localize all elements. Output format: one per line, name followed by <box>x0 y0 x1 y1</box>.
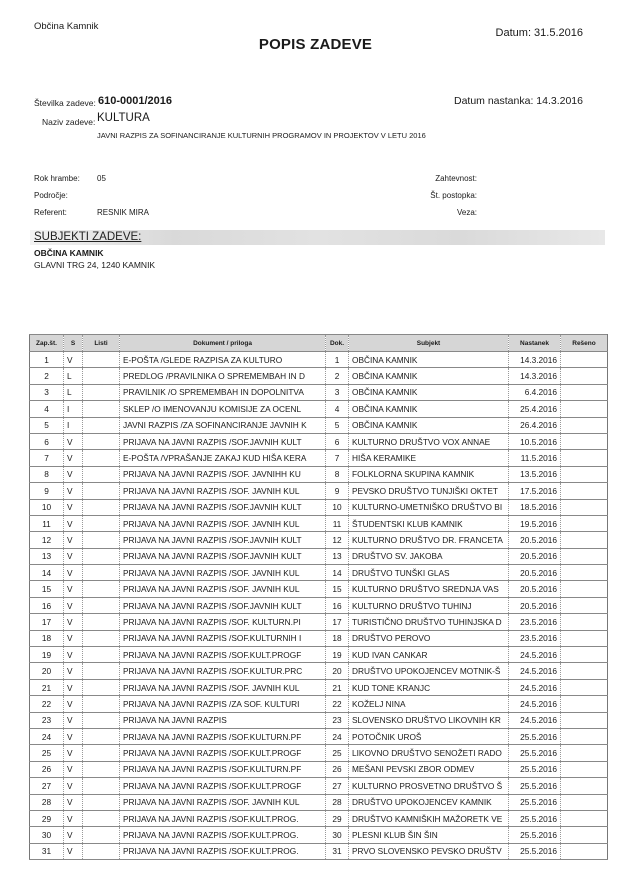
subject-address: GLAVNI TRG 24, 1240 KAMNIK <box>34 260 155 270</box>
row-resolved <box>561 515 608 531</box>
row-sheets <box>83 794 120 810</box>
row-subject: KULTURNO DRUŠTVO DR. FRANCETA <box>349 532 509 548</box>
row-status: V <box>64 565 83 581</box>
row-resolved <box>561 565 608 581</box>
row-subject: FOLKLORNA SKUPINA KAMNIK <box>349 466 509 482</box>
row-status: V <box>64 647 83 663</box>
row-created: 25.5.2016 <box>509 778 561 794</box>
row-document: PRIJAVA NA JAVNI RAZPIS /SOF.KULT.PROG. <box>120 827 326 843</box>
row-created: 18.5.2016 <box>509 499 561 515</box>
case-name: KULTURA <box>97 112 150 124</box>
row-status: V <box>64 696 83 712</box>
row-document: PRIJAVA NA JAVNI RAZPIS /SOF.KULTURNIH I <box>120 630 326 646</box>
row-created: 6.4.2016 <box>509 384 561 400</box>
table-row[interactable]: 26VPRIJAVA NA JAVNI RAZPIS /SOF.KULTURN.… <box>30 761 608 777</box>
row-document: PRIJAVA NA JAVNI RAZPIS /SOF. JAVNIH KUL <box>120 581 326 597</box>
row-status: V <box>64 466 83 482</box>
row-number: 28 <box>30 794 64 810</box>
row-number: 10 <box>30 499 64 515</box>
row-subject: LIKOVNO DRUŠTVO SENOŽETI RADO <box>349 745 509 761</box>
subjects-heading: SUBJEKTI ZADEVE: <box>34 231 141 243</box>
row-subject: PEVSKO DRUŠTVO TUNJIŠKI OKTET <box>349 483 509 499</box>
row-resolved <box>561 827 608 843</box>
table-row[interactable]: 13VPRIJAVA NA JAVNI RAZPIS /SOF.JAVNIH K… <box>30 548 608 564</box>
row-document: PRIJAVA NA JAVNI RAZPIS /SOF.JAVNIH KULT <box>120 548 326 564</box>
row-sheets <box>83 368 120 384</box>
row-status: V <box>64 810 83 826</box>
table-row[interactable]: 7VE-POŠTA /VPRAŠANJE ZAKAJ KUD HIŠA KERA… <box>30 450 608 466</box>
row-created: 20.5.2016 <box>509 565 561 581</box>
row-doc-number: 24 <box>326 728 349 744</box>
table-header-row: Zap.št.SListiDokument / prilogaDok.Subje… <box>30 335 608 352</box>
row-document: PRIJAVA NA JAVNI RAZPIS /SOF.JAVNIH KULT <box>120 597 326 613</box>
row-document: PRIJAVA NA JAVNI RAZPIS /SOF. JAVNIH KUL <box>120 483 326 499</box>
retention-value: 05 <box>97 174 106 183</box>
row-resolved <box>561 368 608 384</box>
row-created: 17.5.2016 <box>509 483 561 499</box>
row-number: 13 <box>30 548 64 564</box>
row-number: 24 <box>30 728 64 744</box>
row-document: PRAVILNIK /O SPREMEMBAH IN DOPOLNITVA <box>120 384 326 400</box>
row-subject: OBČINA KAMNIK <box>349 401 509 417</box>
row-document: PRIJAVA NA JAVNI RAZPIS /SOF. JAVNIH KUL <box>120 794 326 810</box>
row-subject: DRUŠTVO UPOKOJENCEV MOTNIK-Š <box>349 663 509 679</box>
row-document: E-POŠTA /VPRAŠANJE ZAKAJ KUD HIŠA KERA <box>120 450 326 466</box>
row-doc-number: 26 <box>326 761 349 777</box>
row-created: 24.5.2016 <box>509 663 561 679</box>
row-number: 8 <box>30 466 64 482</box>
row-subject: SLOVENSKO DRUŠTVO LIKOVNIH KR <box>349 712 509 728</box>
row-subject: KUD TONE KRANJC <box>349 679 509 695</box>
row-subject: OBČINA KAMNIK <box>349 352 509 368</box>
col-subject-header: Subjekt <box>349 335 509 352</box>
row-subject: DRUŠTVO PEROVO <box>349 630 509 646</box>
table-row[interactable]: 21VPRIJAVA NA JAVNI RAZPIS /SOF. JAVNIH … <box>30 679 608 695</box>
row-sheets <box>83 761 120 777</box>
row-sheets <box>83 614 120 630</box>
table-row[interactable]: 20VPRIJAVA NA JAVNI RAZPIS /SOF.KULTUR.P… <box>30 663 608 679</box>
row-subject: KULTURNO DRUŠTVO SREDNJA VAS <box>349 581 509 597</box>
row-sheets <box>83 581 120 597</box>
row-doc-number: 28 <box>326 794 349 810</box>
table-row[interactable]: 22VPRIJAVA NA JAVNI RAZPIS /ZA SOF. KULT… <box>30 696 608 712</box>
row-doc-number: 30 <box>326 827 349 843</box>
row-number: 7 <box>30 450 64 466</box>
row-subject: KULTURNO PROSVETNO DRUŠTVO Š <box>349 778 509 794</box>
referent-label: Referent: <box>34 208 67 217</box>
row-document: SKLEP /O IMENOVANJU KOMISIJE ZA OCENL <box>120 401 326 417</box>
row-sheets <box>83 352 120 368</box>
row-sheets <box>83 712 120 728</box>
row-subject: DRUŠTVO UPOKOJENCEV KAMNIK <box>349 794 509 810</box>
row-document: PRIJAVA NA JAVNI RAZPIS /SOF. JAVNIHH KU <box>120 466 326 482</box>
row-doc-number: 17 <box>326 614 349 630</box>
row-resolved <box>561 581 608 597</box>
row-document: PRIJAVA NA JAVNI RAZPIS /SOF. KULTURN.PI <box>120 614 326 630</box>
table-row[interactable]: 14VPRIJAVA NA JAVNI RAZPIS /SOF. JAVNIH … <box>30 565 608 581</box>
row-document: PRIJAVA NA JAVNI RAZPIS /SOF.KULTURN.PF <box>120 761 326 777</box>
row-subject: MEŠANI PEVSKI ZBOR ODMEV <box>349 761 509 777</box>
table-row[interactable]: 28VPRIJAVA NA JAVNI RAZPIS /SOF. JAVNIH … <box>30 794 608 810</box>
row-doc-number: 22 <box>326 696 349 712</box>
row-number: 14 <box>30 565 64 581</box>
row-document: PRIJAVA NA JAVNI RAZPIS /SOF.KULTURN.PF <box>120 728 326 744</box>
table-row[interactable]: 6VPRIJAVA NA JAVNI RAZPIS /SOF.JAVNIH KU… <box>30 433 608 449</box>
row-number: 23 <box>30 712 64 728</box>
table-row[interactable]: 8VPRIJAVA NA JAVNI RAZPIS /SOF. JAVNIHH … <box>30 466 608 482</box>
row-document: PRIJAVA NA JAVNI RAZPIS /SOF.KULTUR.PRC <box>120 663 326 679</box>
row-resolved <box>561 663 608 679</box>
table-body: 1VE-POŠTA /GLEDE RAZPISA ZA KULTURO1OBČI… <box>30 352 608 860</box>
table-row[interactable]: 1VE-POŠTA /GLEDE RAZPISA ZA KULTURO1OBČI… <box>30 352 608 368</box>
row-sheets <box>83 663 120 679</box>
table-row[interactable]: 27VPRIJAVA NA JAVNI RAZPIS /SOF.KULT.PRO… <box>30 778 608 794</box>
row-number: 21 <box>30 679 64 695</box>
col-sheets-header: Listi <box>83 335 120 352</box>
row-sheets <box>83 384 120 400</box>
row-number: 18 <box>30 630 64 646</box>
row-document: PRIJAVA NA JAVNI RAZPIS /SOF. JAVNIH KUL <box>120 565 326 581</box>
row-subject: KULTURNO-UMETNIŠKO DRUŠTVO BI <box>349 499 509 515</box>
row-doc-number: 1 <box>326 352 349 368</box>
row-number: 25 <box>30 745 64 761</box>
row-doc-number: 11 <box>326 515 349 531</box>
row-resolved <box>561 745 608 761</box>
row-document: PRIJAVA NA JAVNI RAZPIS <box>120 712 326 728</box>
row-created: 20.5.2016 <box>509 532 561 548</box>
row-number: 5 <box>30 417 64 433</box>
row-doc-number: 2 <box>326 368 349 384</box>
row-number: 22 <box>30 696 64 712</box>
row-number: 26 <box>30 761 64 777</box>
row-document: PRIJAVA NA JAVNI RAZPIS /SOF.JAVNIH KULT <box>120 433 326 449</box>
row-status: V <box>64 352 83 368</box>
row-status: L <box>64 368 83 384</box>
row-status: V <box>64 581 83 597</box>
row-created: 26.4.2016 <box>509 417 561 433</box>
row-sheets <box>83 745 120 761</box>
table-row[interactable]: 5IJAVNI RAZPIS /ZA SOFINANCIRANJE JAVNIH… <box>30 417 608 433</box>
row-status: V <box>64 614 83 630</box>
row-status: I <box>64 417 83 433</box>
table-row[interactable]: 25VPRIJAVA NA JAVNI RAZPIS /SOF.KULT.PRO… <box>30 745 608 761</box>
row-resolved <box>561 548 608 564</box>
row-status: V <box>64 761 83 777</box>
row-status: V <box>64 450 83 466</box>
row-resolved <box>561 483 608 499</box>
area-label: Področje: <box>34 191 68 200</box>
row-number: 30 <box>30 827 64 843</box>
row-resolved <box>561 614 608 630</box>
row-created: 24.5.2016 <box>509 696 561 712</box>
row-status: V <box>64 794 83 810</box>
link-label: Veza: <box>457 208 477 217</box>
row-doc-number: 3 <box>326 384 349 400</box>
row-subject: PRVO SLOVENSKO PEVSKO DRUŠTV <box>349 843 509 859</box>
table-row[interactable]: 16VPRIJAVA NA JAVNI RAZPIS /SOF.JAVNIH K… <box>30 597 608 613</box>
row-status: V <box>64 679 83 695</box>
row-subject: OBČINA KAMNIK <box>349 417 509 433</box>
row-sheets <box>83 696 120 712</box>
row-document: PRIJAVA NA JAVNI RAZPIS /SOF.JAVNIH KULT <box>120 532 326 548</box>
row-status: V <box>64 745 83 761</box>
row-resolved <box>561 417 608 433</box>
row-doc-number: 6 <box>326 433 349 449</box>
row-document: PRIJAVA NA JAVNI RAZPIS /SOF.KULT.PROG. <box>120 843 326 859</box>
row-subject: TURISTIČNO DRUŠTVO TUHINJSKA D <box>349 614 509 630</box>
row-subject: KULTURNO DRUŠTVO TUHINJ <box>349 597 509 613</box>
row-created: 25.5.2016 <box>509 794 561 810</box>
table-row[interactable]: 18VPRIJAVA NA JAVNI RAZPIS /SOF.KULTURNI… <box>30 630 608 646</box>
table-row[interactable]: 23VPRIJAVA NA JAVNI RAZPIS23SLOVENSKO DR… <box>30 712 608 728</box>
table-row[interactable]: 31VPRIJAVA NA JAVNI RAZPIS /SOF.KULT.PRO… <box>30 843 608 859</box>
col-status-header: S <box>64 335 83 352</box>
table-row[interactable]: 29VPRIJAVA NA JAVNI RAZPIS /SOF.KULT.PRO… <box>30 810 608 826</box>
row-resolved <box>561 696 608 712</box>
row-sheets <box>83 483 120 499</box>
row-created: 20.5.2016 <box>509 597 561 613</box>
table-row[interactable]: 9VPRIJAVA NA JAVNI RAZPIS /SOF. JAVNIH K… <box>30 483 608 499</box>
row-number: 29 <box>30 810 64 826</box>
row-subject: ŠTUDENTSKI KLUB KAMNIK <box>349 515 509 531</box>
row-status: V <box>64 515 83 531</box>
row-number: 12 <box>30 532 64 548</box>
row-doc-number: 15 <box>326 581 349 597</box>
table-row[interactable]: 3LPRAVILNIK /O SPREMEMBAH IN DOPOLNITVA3… <box>30 384 608 400</box>
organization-name: Občina Kamnik <box>34 21 98 32</box>
col-number-header: Zap.št. <box>30 335 64 352</box>
row-subject: KULTURNO DRUŠTVO VOX ANNAE <box>349 433 509 449</box>
row-created: 20.5.2016 <box>509 581 561 597</box>
row-sheets <box>83 417 120 433</box>
row-doc-number: 31 <box>326 843 349 859</box>
row-created: 25.5.2016 <box>509 728 561 744</box>
row-resolved <box>561 466 608 482</box>
row-status: V <box>64 843 83 859</box>
row-subject: KOŽELJ NINA <box>349 696 509 712</box>
row-resolved <box>561 778 608 794</box>
row-sheets <box>83 450 120 466</box>
row-doc-number: 13 <box>326 548 349 564</box>
col-created-header: Nastanek <box>509 335 561 352</box>
row-resolved <box>561 597 608 613</box>
row-doc-number: 8 <box>326 466 349 482</box>
row-sheets <box>83 679 120 695</box>
table-row[interactable]: 12VPRIJAVA NA JAVNI RAZPIS /SOF.JAVNIH K… <box>30 532 608 548</box>
row-resolved <box>561 630 608 646</box>
row-sheets <box>83 532 120 548</box>
row-document: PRIJAVA NA JAVNI RAZPIS /ZA SOF. KULTURI <box>120 696 326 712</box>
row-document: PREDLOG /PRAVILNIKA O SPREMEMBAH IN D <box>120 368 326 384</box>
row-resolved <box>561 810 608 826</box>
row-sheets <box>83 843 120 859</box>
row-number: 2 <box>30 368 64 384</box>
referent-value: RESNIK MIRA <box>97 208 149 217</box>
row-subject: PLESNI KLUB ŠIN ŠIN <box>349 827 509 843</box>
row-created: 25.4.2016 <box>509 401 561 417</box>
row-status: V <box>64 827 83 843</box>
row-created: 25.5.2016 <box>509 843 561 859</box>
row-document: PRIJAVA NA JAVNI RAZPIS /SOF.KULT.PROGF <box>120 745 326 761</box>
row-doc-number: 4 <box>326 401 349 417</box>
row-status: V <box>64 532 83 548</box>
row-resolved <box>561 384 608 400</box>
row-subject: DRUŠTVO KAMNIŠKIH MAŽORETK VE <box>349 810 509 826</box>
row-sheets <box>83 565 120 581</box>
row-resolved <box>561 647 608 663</box>
row-created: 13.5.2016 <box>509 466 561 482</box>
complexity-label: Zahtevnost: <box>435 174 477 183</box>
row-number: 1 <box>30 352 64 368</box>
subject-name: OBČINA KAMNIK <box>34 248 104 258</box>
row-number: 4 <box>30 401 64 417</box>
row-subject: KUD IVAN CANKAR <box>349 647 509 663</box>
row-sheets <box>83 433 120 449</box>
row-resolved <box>561 679 608 695</box>
row-subject: OBČINA KAMNIK <box>349 384 509 400</box>
row-document: PRIJAVA NA JAVNI RAZPIS /SOF. JAVNIH KUL <box>120 679 326 695</box>
row-created: 25.5.2016 <box>509 745 561 761</box>
procedure-number-label: Št. postopka: <box>430 191 477 200</box>
table-row[interactable]: 4ISKLEP /O IMENOVANJU KOMISIJE ZA OCENL4… <box>30 401 608 417</box>
row-subject: POTOČNIK UROŠ <box>349 728 509 744</box>
table-row[interactable]: 10VPRIJAVA NA JAVNI RAZPIS /SOF.JAVNIH K… <box>30 499 608 515</box>
row-status: V <box>64 548 83 564</box>
col-resolved-header: Rešeno <box>561 335 608 352</box>
row-resolved <box>561 401 608 417</box>
row-status: V <box>64 483 83 499</box>
row-status: L <box>64 384 83 400</box>
row-doc-number: 18 <box>326 630 349 646</box>
row-created: 10.5.2016 <box>509 433 561 449</box>
row-doc-number: 5 <box>326 417 349 433</box>
creation-date: Datum nastanka: 14.3.2016 <box>454 95 583 107</box>
row-resolved <box>561 761 608 777</box>
row-number: 27 <box>30 778 64 794</box>
row-document: JAVNI RAZPIS /ZA SOFINANCIRANJE JAVNIH K <box>120 417 326 433</box>
case-description: JAVNI RAZPIS ZA SOFINANCIRANJE KULTURNIH… <box>97 131 426 140</box>
row-created: 24.5.2016 <box>509 679 561 695</box>
row-created: 24.5.2016 <box>509 712 561 728</box>
table-row[interactable]: 30VPRIJAVA NA JAVNI RAZPIS /SOF.KULT.PRO… <box>30 827 608 843</box>
row-created: 23.5.2016 <box>509 630 561 646</box>
table-row[interactable]: 17VPRIJAVA NA JAVNI RAZPIS /SOF. KULTURN… <box>30 614 608 630</box>
row-created: 14.3.2016 <box>509 368 561 384</box>
row-status: V <box>64 663 83 679</box>
row-resolved <box>561 352 608 368</box>
row-status: V <box>64 597 83 613</box>
row-number: 16 <box>30 597 64 613</box>
row-status: V <box>64 778 83 794</box>
row-sheets <box>83 827 120 843</box>
row-doc-number: 14 <box>326 565 349 581</box>
table-row[interactable]: 24VPRIJAVA NA JAVNI RAZPIS /SOF.KULTURN.… <box>30 728 608 744</box>
row-resolved <box>561 532 608 548</box>
retention-label: Rok hrambe: <box>34 174 80 183</box>
table-row[interactable]: 19VPRIJAVA NA JAVNI RAZPIS /SOF.KULT.PRO… <box>30 647 608 663</box>
row-sheets <box>83 401 120 417</box>
case-number: 610-0001/2016 <box>98 95 172 107</box>
row-sheets <box>83 597 120 613</box>
row-resolved <box>561 433 608 449</box>
row-created: 25.5.2016 <box>509 827 561 843</box>
row-resolved <box>561 499 608 515</box>
row-doc-number: 25 <box>326 745 349 761</box>
row-doc-number: 16 <box>326 597 349 613</box>
row-created: 24.5.2016 <box>509 647 561 663</box>
row-document: E-POŠTA /GLEDE RAZPISA ZA KULTURO <box>120 352 326 368</box>
row-status: V <box>64 728 83 744</box>
case-name-label: Naziv zadeve: <box>42 117 95 127</box>
row-status: V <box>64 499 83 515</box>
row-doc-number: 23 <box>326 712 349 728</box>
row-document: PRIJAVA NA JAVNI RAZPIS /SOF.JAVNIH KULT <box>120 499 326 515</box>
row-doc-number: 12 <box>326 532 349 548</box>
row-sheets <box>83 466 120 482</box>
row-sheets <box>83 778 120 794</box>
row-doc-number: 21 <box>326 679 349 695</box>
table-row[interactable]: 11VPRIJAVA NA JAVNI RAZPIS /SOF. JAVNIH … <box>30 515 608 531</box>
table-row[interactable]: 2LPREDLOG /PRAVILNIKA O SPREMEMBAH IN D2… <box>30 368 608 384</box>
row-sheets <box>83 647 120 663</box>
row-sheets <box>83 810 120 826</box>
row-subject: DRUŠTVO SV. JAKOBA <box>349 548 509 564</box>
col-doc-number-header: Dok. <box>326 335 349 352</box>
row-number: 31 <box>30 843 64 859</box>
row-number: 11 <box>30 515 64 531</box>
row-doc-number: 29 <box>326 810 349 826</box>
row-resolved <box>561 843 608 859</box>
row-resolved <box>561 450 608 466</box>
row-created: 11.5.2016 <box>509 450 561 466</box>
row-created: 25.5.2016 <box>509 761 561 777</box>
row-subject: DRUŠTVO TUNŠKI GLAS <box>349 565 509 581</box>
page-title: POPIS ZADEVE <box>0 36 631 53</box>
row-sheets <box>83 548 120 564</box>
row-document: PRIJAVA NA JAVNI RAZPIS /SOF. JAVNIH KUL <box>120 515 326 531</box>
row-doc-number: 27 <box>326 778 349 794</box>
row-status: V <box>64 433 83 449</box>
row-resolved <box>561 712 608 728</box>
row-created: 19.5.2016 <box>509 515 561 531</box>
row-doc-number: 7 <box>326 450 349 466</box>
row-created: 25.5.2016 <box>509 810 561 826</box>
row-number: 6 <box>30 433 64 449</box>
row-number: 15 <box>30 581 64 597</box>
col-document-header: Dokument / priloga <box>120 335 326 352</box>
row-doc-number: 10 <box>326 499 349 515</box>
row-doc-number: 9 <box>326 483 349 499</box>
row-doc-number: 19 <box>326 647 349 663</box>
row-number: 3 <box>30 384 64 400</box>
row-subject: HIŠA KERAMIKE <box>349 450 509 466</box>
row-created: 20.5.2016 <box>509 548 561 564</box>
row-document: PRIJAVA NA JAVNI RAZPIS /SOF.KULT.PROGF <box>120 647 326 663</box>
row-document: PRIJAVA NA JAVNI RAZPIS /SOF.KULT.PROGF <box>120 778 326 794</box>
table-row[interactable]: 15VPRIJAVA NA JAVNI RAZPIS /SOF. JAVNIH … <box>30 581 608 597</box>
documents-table: Zap.št.SListiDokument / prilogaDok.Subje… <box>29 334 608 860</box>
row-sheets <box>83 499 120 515</box>
row-resolved <box>561 794 608 810</box>
row-doc-number: 20 <box>326 663 349 679</box>
row-resolved <box>561 728 608 744</box>
row-status: V <box>64 712 83 728</box>
row-number: 20 <box>30 663 64 679</box>
row-status: V <box>64 630 83 646</box>
row-subject: OBČINA KAMNIK <box>349 368 509 384</box>
row-number: 17 <box>30 614 64 630</box>
row-number: 9 <box>30 483 64 499</box>
